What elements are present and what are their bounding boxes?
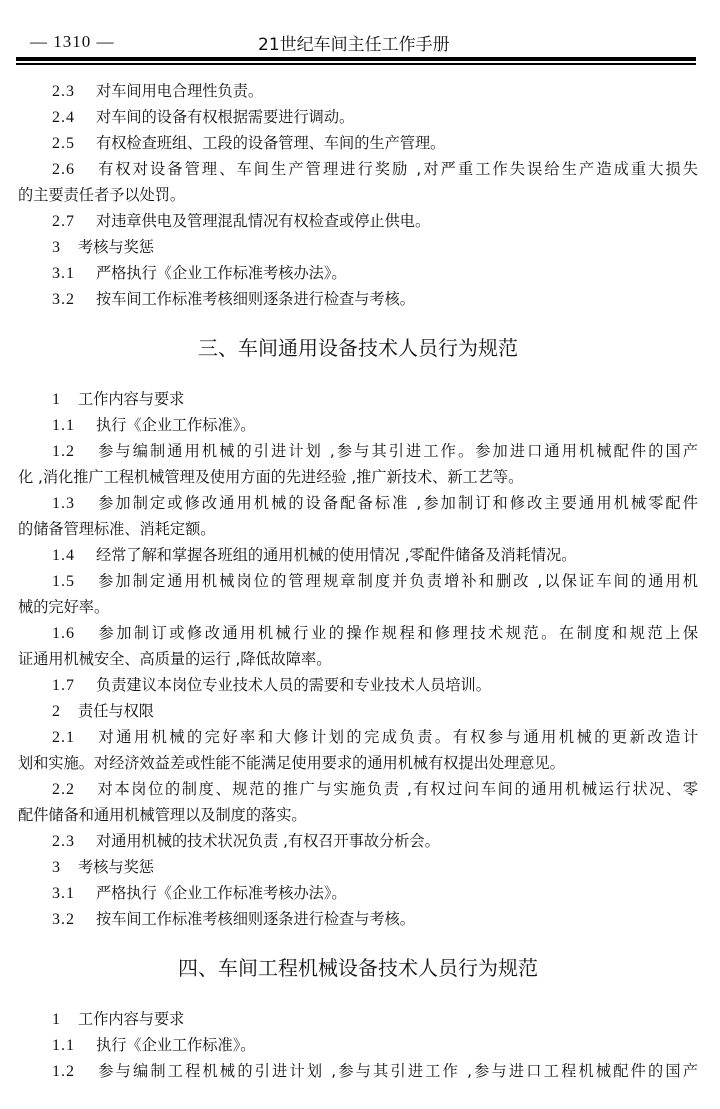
subsection-heading: 1工作内容与要求 [18, 1006, 698, 1032]
clause: 2.4对车间的设备有权根据需要进行调动。 [18, 104, 698, 130]
clause: 2.5有权检查班组、工段的设备管理、车间的生产管理。 [18, 130, 698, 156]
page-number: — 1310 — [30, 32, 115, 52]
clause: 1.5参加制定通用机械岗位的管理规章制度并负责增补和删改 ,以保证车间的通用机 [18, 568, 698, 594]
clause-continuation: 械的完好率。 [18, 594, 698, 620]
header-rule-thin [16, 63, 696, 65]
running-header: — 1310 — 21世纪车间主任工作手册 [0, 28, 720, 54]
clause: 3.2按车间工作标准考核细则逐条进行检查与考核。 [18, 286, 698, 312]
page-body: 2.3对车间用电合理性负责。 2.4对车间的设备有权根据需要进行调动。 2.5有… [18, 78, 698, 1084]
section-title: 三、车间通用设备技术人员行为规范 [18, 322, 698, 374]
subsection-heading: 1工作内容与要求 [18, 386, 698, 412]
clause: 2.1对通用机械的完好率和大修计划的完成负责。有权参与通用机械的更新改造计 [18, 724, 698, 750]
clause: 1.4经常了解和掌握各班组的通用机械的使用情况 ,零配件储备及消耗情况。 [18, 542, 698, 568]
clause-continuation: 配件储备和通用机械管理以及制度的落实。 [18, 802, 698, 828]
clause: 1.3参加制定或修改通用机械的设备配备标准 ,参加制订和修改主要通用机械零配件 [18, 490, 698, 516]
clause-continuation: 的储备管理标准、消耗定额。 [18, 516, 698, 542]
clause: 3.1严格执行《企业工作标准考核办法》。 [18, 880, 698, 906]
clause: 2.3对车间用电合理性负责。 [18, 78, 698, 104]
clause: 3.2按车间工作标准考核细则逐条进行检查与考核。 [18, 906, 698, 932]
clause: 1.1执行《企业工作标准》。 [18, 1032, 698, 1058]
clause: 2.6有权对设备管理、车间生产管理进行奖励 ,对严重工作失误给生产造成重大损失 [18, 156, 698, 182]
clause: 2.2对本岗位的制度、规范的推广与实施负责 ,有权过问车间的通用机械运行状况、零 [18, 776, 698, 802]
clause: 1.2参与编制工程机械的引进计划 ,参与其引进工作 ,参与进口工程机械配件的国产 [18, 1058, 698, 1084]
header-rule-thick [16, 57, 696, 61]
clause: 1.1执行《企业工作标准》。 [18, 412, 698, 438]
clause-continuation: 化 ,消化推广工程机械管理及使用方面的先进经验 ,推广新技术、新工艺等。 [18, 464, 698, 490]
subsection-heading: 3考核与奖惩 [18, 234, 698, 260]
clause: 3.1严格执行《企业工作标准考核办法》。 [18, 260, 698, 286]
subsection-heading: 2责任与权限 [18, 698, 698, 724]
clause-continuation: 证通用机械安全、高质量的运行 ,降低故障率。 [18, 646, 698, 672]
clause: 2.7对违章供电及管理混乱情况有权检查或停止供电。 [18, 208, 698, 234]
clause-continuation: 划和实施。对经济效益差或性能不能满足使用要求的通用机械有权提出处理意见。 [18, 750, 698, 776]
clause-continuation: 的主要责任者予以处罚。 [18, 182, 698, 208]
clause: 1.2参与编制通用机械的引进计划 ,参与其引进工作。参加进口通用机械配件的国产 [18, 438, 698, 464]
section-title: 四、车间工程机械设备技术人员行为规范 [18, 942, 698, 994]
clause: 2.3对通用机械的技术状况负责 ,有权召开事故分析会。 [18, 828, 698, 854]
clause: 1.6参加制订或修改通用机械行业的操作规程和修理技术规范。在制度和规范上保 [18, 620, 698, 646]
clause: 1.7负责建议本岗位专业技术人员的需要和专业技术人员培训。 [18, 672, 698, 698]
book-title: 21世纪车间主任工作手册 [258, 30, 450, 55]
subsection-heading: 3考核与奖惩 [18, 854, 698, 880]
